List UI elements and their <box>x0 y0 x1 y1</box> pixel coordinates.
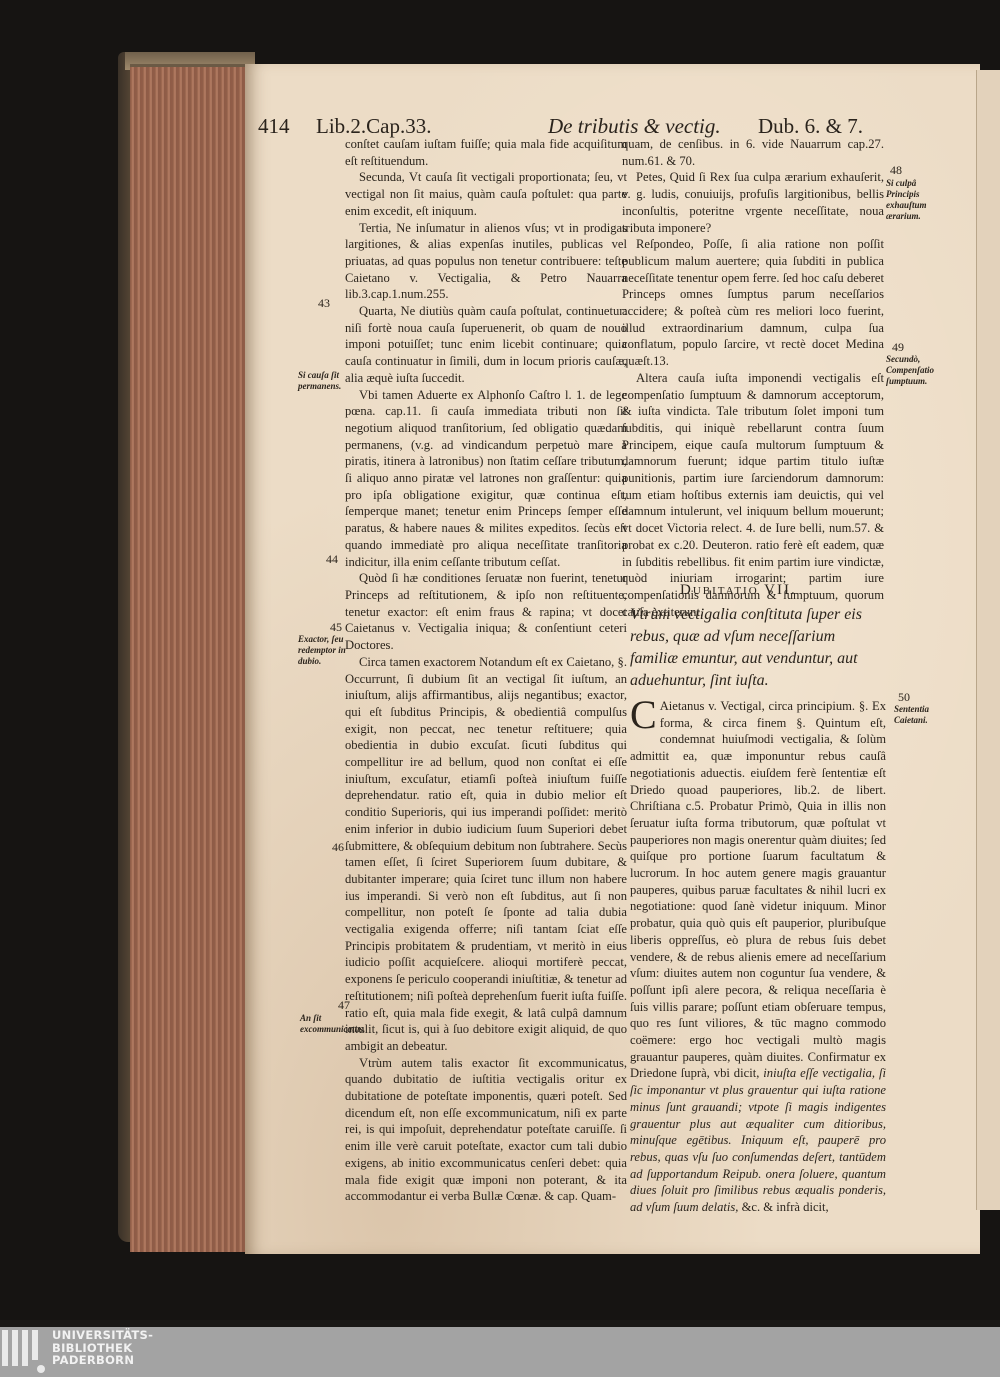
dubitatio-heading: Dubitatio VII. <box>680 582 797 599</box>
drop-cap: C <box>630 698 657 732</box>
margin-note: Si cauſa ſit permanens. <box>298 370 348 392</box>
answer-text: Aietanus v. Vectigal, circa principium. … <box>630 699 886 1080</box>
paragraph: Vtrùm autem talis exactor ſit excommunic… <box>345 1055 627 1205</box>
margin-number: 49 <box>892 340 904 355</box>
margin-note: Exactor, ſeu redemptor in dubio. <box>298 634 350 667</box>
library-logo-text: UNIVERSITÄTS- BIBLIOTHEK PADERBORN <box>52 1329 153 1367</box>
right-text-column-answer: CAietanus v. Vectigal, circa principium.… <box>630 698 886 1216</box>
library-logo-dot-icon <box>37 1365 45 1373</box>
margin-number: 47 <box>338 998 350 1013</box>
margin-note: Sententia Caietani. <box>894 704 944 726</box>
margin-number: 44 <box>326 552 338 567</box>
right-text-column-top: quam, de cenſibus. in 6. vide Nauarrum c… <box>622 136 884 620</box>
paragraph: Tertia, Ne inſumatur in alienos vſus; vt… <box>345 220 627 304</box>
answer-paragraph: CAietanus v. Vectigal, circa principium.… <box>630 698 886 1216</box>
margin-number: 43 <box>318 296 330 311</box>
paragraph: Quarta, Ne diutiùs quàm cauſa poſtulat, … <box>345 303 627 387</box>
paragraph: quam, de cenſibus. in 6. vide Nauarrum c… <box>622 136 884 169</box>
margin-note: An ſit excommunicatus. <box>300 1013 348 1035</box>
next-page-edge <box>976 70 1000 1210</box>
paragraph: Quòd ſi hæ conditiones ſeruatæ non fueri… <box>345 570 627 654</box>
page-number: 414 <box>258 114 290 139</box>
paragraph: Secunda, Vt cauſa ſit vectigali proporti… <box>345 169 627 219</box>
margin-number: 45 <box>330 620 342 635</box>
margin-number: 46 <box>332 840 344 855</box>
margin-note: Si culpâ Principis exhauſtum ærarium. <box>886 178 946 222</box>
paragraph: Circa tamen exactorem Notandum eſt ex Ca… <box>345 654 627 1055</box>
logo-line-3: PADERBORN <box>52 1354 153 1367</box>
margin-number: 48 <box>890 163 902 178</box>
paragraph: Vbi tamen Aduerte ex Alphonſo Caſtro l. … <box>345 387 627 571</box>
left-text-column: conſtet cauſam iuſtam fuiſſe; quia mala … <box>345 136 627 1205</box>
dubitatio-question: Vtrùm vectigalia conſtituta ſuper eis re… <box>630 604 885 692</box>
paragraph: Petes, Quid ſi Rex ſua culpa ærarium exh… <box>622 169 884 236</box>
page-fore-edge <box>130 64 248 1252</box>
paragraph: Reſpondeo, Poſſe, ſi alia ratione non po… <box>622 236 884 370</box>
margin-number: 50 <box>898 690 910 705</box>
paragraph: conſtet cauſam iuſtam fuiſſe; quia mala … <box>345 136 627 169</box>
margin-note: Secundò, Compenſatio ſumptuum. <box>886 354 944 387</box>
answer-end: &c. & infrà dicit, <box>742 1200 829 1214</box>
answer-quote: iniuſta eſſe vectigalia, ſi ſic imponant… <box>630 1066 886 1214</box>
logo-line-1: UNIVERSITÄTS- <box>52 1329 153 1342</box>
